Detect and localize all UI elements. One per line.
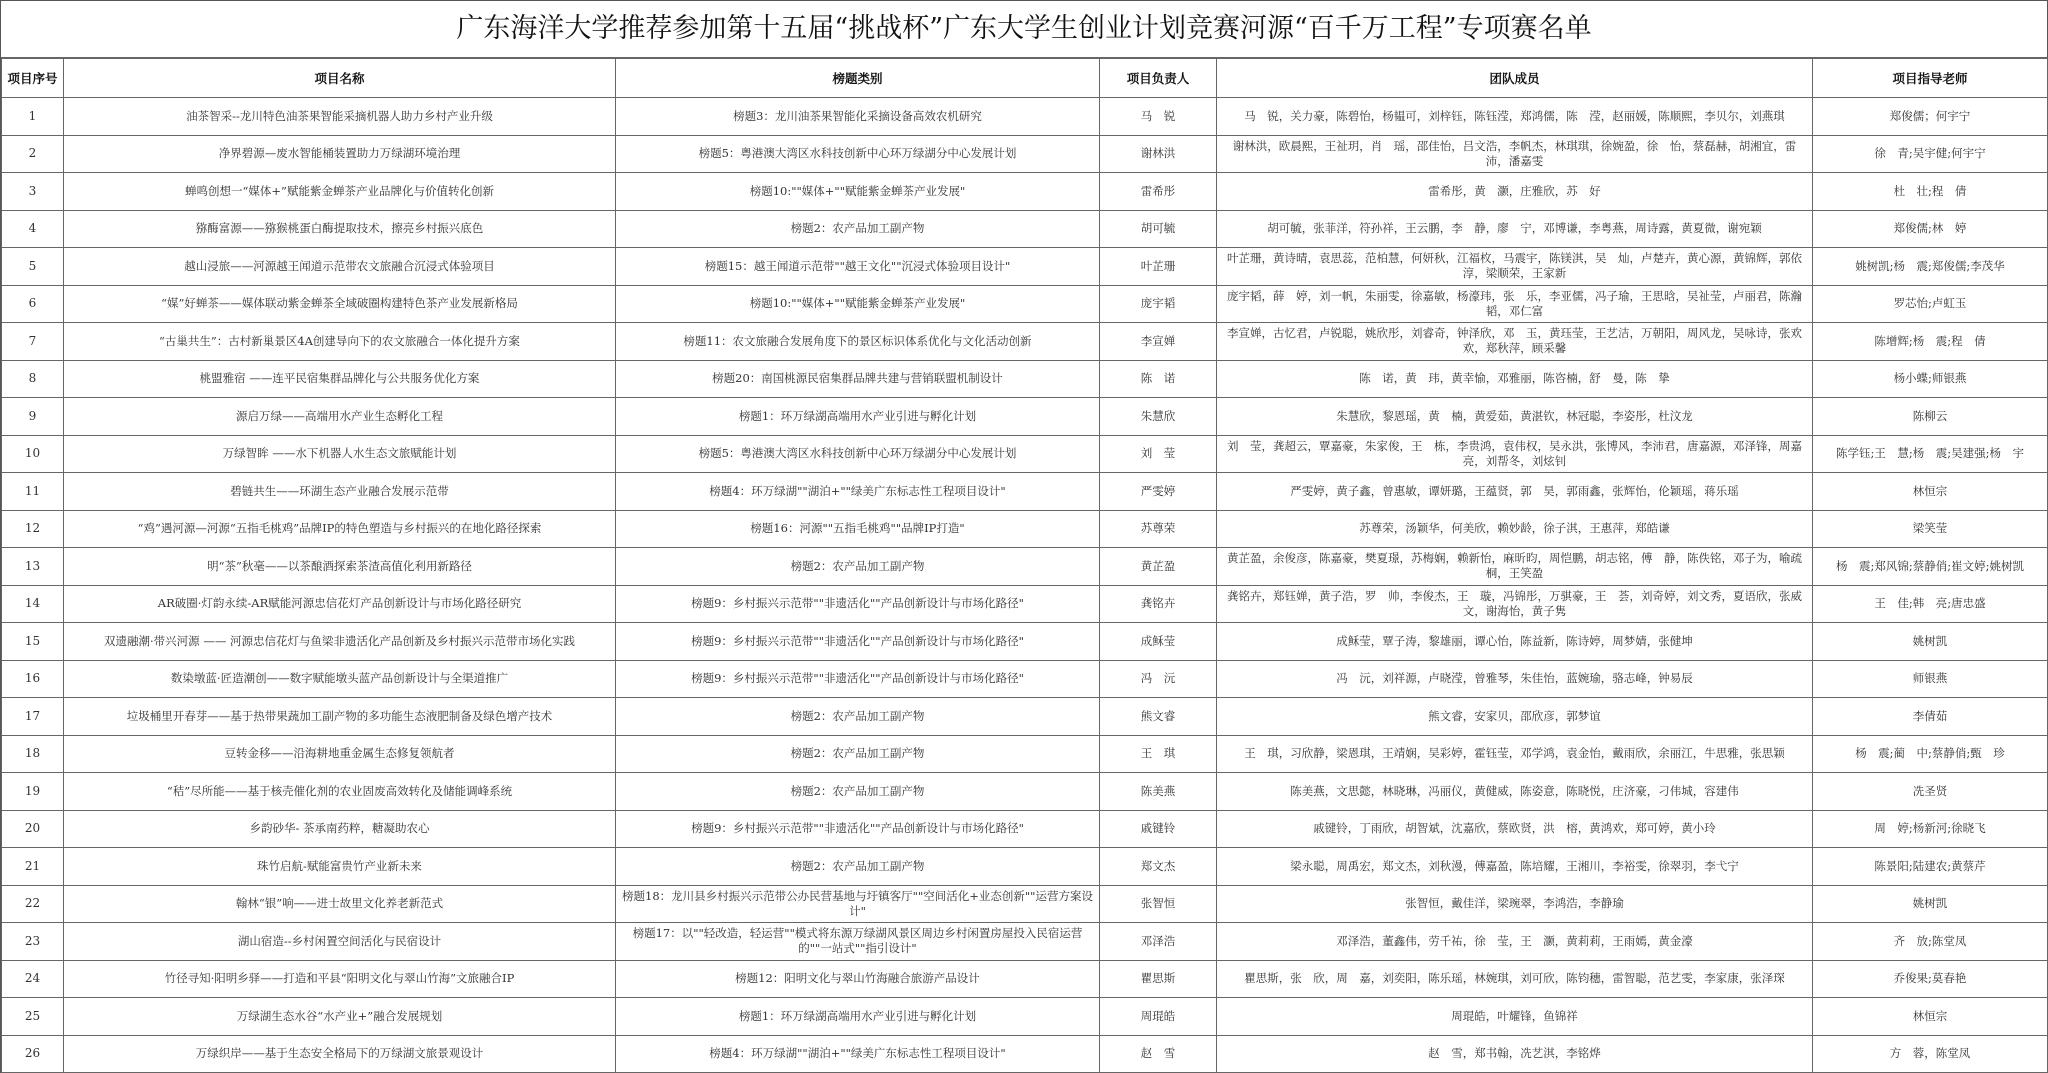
cell-advisors[interactable]: 李倩茹 <box>1813 698 2048 736</box>
cell-index[interactable]: 5 <box>2 248 64 286</box>
cell-project-name[interactable]: 垃圾桶里开春芽——基于热带果蔬加工副产物的多功能生态液肥制备及绿色增产技术 <box>64 698 616 736</box>
cell-members[interactable]: 雷希彤，黄 灏，庄雅欣，苏 好 <box>1217 173 1813 211</box>
cell-leader[interactable]: 苏尊荣 <box>1100 510 1217 548</box>
table-row: 1油茶智采--龙川特色油茶果智能采摘机器人助力乡村产业升级榜题3：龙川油茶果智能… <box>2 98 2048 136</box>
cell-members[interactable]: 叶芷珊，黄诗晴，袁思蕊，范柏慧，何妍秋，江福枚，马震宇，陈镁淇，吴 灿，卢楚卉，… <box>1217 248 1813 286</box>
cell-project-name[interactable]: 万绿湖生态水谷“水产业+”融合发展规划 <box>64 998 616 1036</box>
cell-advisors[interactable]: 冼圣贤 <box>1813 773 2048 811</box>
table-row: 3蝉鸣创想一“媒体+”赋能紫金蝉茶产业品牌化与价值转化创新榜题10:""媒体+"… <box>2 173 2048 211</box>
cell-topic[interactable]: 榜题5：粤港澳大湾区水科技创新中心环万绿湖分中心发展计划 <box>616 135 1100 173</box>
cell-project-name[interactable]: 豆转金移——沿海耕地重金属生态修复领航者 <box>64 735 616 773</box>
cell-advisors[interactable]: 周 婷;杨新河;徐晓飞 <box>1813 810 2048 848</box>
table-row: 8桃盟雅宿 ——连平民宿集群品牌化与公共服务优化方案榜题20：南国桃源民宿集群品… <box>2 360 2048 398</box>
document-title: 广东海洋大学推荐参加第十五届“挑战杯”广东大学生创业计划竞赛河源“百千万工程”专… <box>1 1 2047 58</box>
cell-advisors[interactable]: 陈柳云 <box>1813 398 2048 436</box>
cell-topic[interactable]: 榜题12：阳明文化与翠山竹海融合旅游产品设计 <box>616 960 1100 998</box>
cell-leader[interactable]: 王 琪 <box>1100 735 1217 773</box>
cell-advisors[interactable]: 姚树凯 <box>1813 885 2048 923</box>
cell-index[interactable]: 9 <box>2 398 64 436</box>
cell-index[interactable]: 11 <box>2 473 64 511</box>
cell-members[interactable]: 瞿思斯，张 欣，周 嘉，刘奕阳，陈乐瑶，林婉琪，刘可欣，陈钧穗，雷智聪，范艺雯，… <box>1217 960 1813 998</box>
cell-index[interactable]: 15 <box>2 623 64 661</box>
cell-members[interactable]: 胡可毓，张菲洋，符孙祥，王云鹏，李 静，廖 宁，邓博谦，李粤燕，周诗露，黄夏微，… <box>1217 210 1813 248</box>
cell-project-name[interactable]: 净界碧源—废水智能桶装置助力万绿湖环境治理 <box>64 135 616 173</box>
spreadsheet: 广东海洋大学推荐参加第十五届“挑战杯”广东大学生创业计划竞赛河源“百千万工程”专… <box>0 0 2048 1073</box>
cell-advisors[interactable]: 齐 放;陈堂凤 <box>1813 923 2048 961</box>
cell-advisors[interactable]: 师银燕 <box>1813 660 2048 698</box>
table-row: 18豆转金移——沿海耕地重金属生态修复领航者榜题2：农产品加工副产物王 琪王 琪… <box>2 735 2048 773</box>
cell-topic[interactable]: 榜题4：环万绿湖""湖泊+""绿美广东标志性工程项目设计" <box>616 1035 1100 1073</box>
cell-index[interactable]: 3 <box>2 173 64 211</box>
table-row: 19“秸”尽所能——基于核壳催化剂的农业固废高效转化及储能调峰系统榜题2：农产品… <box>2 773 2048 811</box>
cell-index[interactable]: 12 <box>2 510 64 548</box>
cell-index[interactable]: 24 <box>2 960 64 998</box>
cell-project-name[interactable]: 万绿智眸 ——水下机器人水生态文旅赋能计划 <box>64 435 616 473</box>
cell-project-name[interactable]: 明“茶”秋毫——以茶酿酒探索茶渣高值化利用新路径 <box>64 548 616 586</box>
header-row: 项目序号 项目名称 榜题类别 项目负责人 团队成员 项目指导老师 <box>2 59 2048 98</box>
table-row: 21珠竹启航-赋能富贵竹产业新未来榜题2：农产品加工副产物郑文杰梁永聪，周禹宏，… <box>2 848 2048 886</box>
cell-leader[interactable]: 赵 雪 <box>1100 1035 1217 1073</box>
table-row: 13明“茶”秋毫——以茶酿酒探索茶渣高值化利用新路径榜题2：农产品加工副产物黄芷… <box>2 548 2048 586</box>
cell-project-name[interactable]: 数染墩蓝·匠造潮创——数字赋能墩头蓝产品创新设计与全渠道推广 <box>64 660 616 698</box>
cell-leader[interactable]: 雷希彤 <box>1100 173 1217 211</box>
table-row: 16数染墩蓝·匠造潮创——数字赋能墩头蓝产品创新设计与全渠道推广榜题9：乡村振兴… <box>2 660 2048 698</box>
cell-index[interactable]: 19 <box>2 773 64 811</box>
cell-advisors[interactable]: 杨 震;蔺 中;蔡静俏;甄 珍 <box>1813 735 2048 773</box>
cell-project-name[interactable]: 油茶智采--龙川特色油茶果智能采摘机器人助力乡村产业升级 <box>64 98 616 136</box>
cell-advisors[interactable]: 杨小蝶;师银燕 <box>1813 360 2048 398</box>
cell-index[interactable]: 10 <box>2 435 64 473</box>
cell-leader[interactable]: 成稣莹 <box>1100 623 1217 661</box>
cell-advisors[interactable]: 陈景阳;陆建农;黄蔡芹 <box>1813 848 2048 886</box>
cell-index[interactable]: 8 <box>2 360 64 398</box>
cell-topic[interactable]: 榜题10:""媒体+""赋能紫金蝉茶产业发展" <box>616 173 1100 211</box>
header-leader[interactable]: 项目负责人 <box>1100 59 1217 98</box>
cell-leader[interactable]: 周琨皓 <box>1100 998 1217 1036</box>
table-body: 1油茶智采--龙川特色油茶果智能采摘机器人助力乡村产业升级榜题3：龙川油茶果智能… <box>2 98 2048 1073</box>
cell-index[interactable]: 13 <box>2 548 64 586</box>
cell-index[interactable]: 17 <box>2 698 64 736</box>
cell-advisors[interactable]: 罗芯怡;卢虹玉 <box>1813 285 2048 323</box>
cell-advisors[interactable]: 陈增辉;杨 震;程 倩 <box>1813 323 2048 361</box>
cell-topic[interactable]: 榜题11：农文旅融合发展角度下的景区标识体系优化与文化活动创新 <box>616 323 1100 361</box>
cell-topic[interactable]: 榜题1：环万绿湖高端用水产业引进与孵化计划 <box>616 998 1100 1036</box>
cell-topic[interactable]: 榜题9：乡村振兴示范带""非遗活化""产品创新设计与市场化路径" <box>616 660 1100 698</box>
cell-leader[interactable]: 冯 沅 <box>1100 660 1217 698</box>
cell-leader[interactable]: 谢林洪 <box>1100 135 1217 173</box>
cell-leader[interactable]: 龚铭卉 <box>1100 585 1217 623</box>
table-row: 9源启万绿——高端用水产业生态孵化工程榜题1：环万绿湖高端用水产业引进与孵化计划… <box>2 398 2048 436</box>
cell-members[interactable]: 朱慧欣，黎恩瑶，黄 楠，黄爱茹，黄湛钦，林冠聪，李姿彤，杜汶龙 <box>1217 398 1813 436</box>
cell-project-name[interactable]: 桃盟雅宿 ——连平民宿集群品牌化与公共服务优化方案 <box>64 360 616 398</box>
table-row: 25万绿湖生态水谷“水产业+”融合发展规划榜题1：环万绿湖高端用水产业引进与孵化… <box>2 998 2048 1036</box>
cell-advisors[interactable]: 林恒宗 <box>1813 998 2048 1036</box>
cell-members[interactable]: 庞宇韬，薛 婷，刘一帆，朱丽雯，徐嘉敏，杨濠玮，张 乐，李亚儒，冯子瑜，王思晗，… <box>1217 285 1813 323</box>
table-row: 17垃圾桶里开春芽——基于热带果蔬加工副产物的多功能生态液肥制备及绿色增产技术榜… <box>2 698 2048 736</box>
cell-members[interactable]: 周琨皓，叶耀锋，鱼锦祥 <box>1217 998 1813 1036</box>
cell-members[interactable]: 熊文睿，安家贝，邵欣彦，郭梦谊 <box>1217 698 1813 736</box>
cell-topic[interactable]: 榜题3：龙川油茶果智能化采摘设备高效农机研究 <box>616 98 1100 136</box>
table-row: 20乡韵砂华- 茶承南药粹，糖凝助农心榜题9：乡村振兴示范带""非遗活化""产品… <box>2 810 2048 848</box>
cell-topic[interactable]: 榜题2：农产品加工副产物 <box>616 548 1100 586</box>
header-topic[interactable]: 榜题类别 <box>616 59 1100 98</box>
cell-members[interactable]: 刘 莹，龚超云，覃嘉豪，朱家俊，王 栋，李贵鸿，袁伟权，吴永洪，张博风，李沛君，… <box>1217 435 1813 473</box>
cell-leader[interactable]: 李宣婵 <box>1100 323 1217 361</box>
cell-leader[interactable]: 戚键铃 <box>1100 810 1217 848</box>
cell-project-name[interactable]: 蝉鸣创想一“媒体+”赋能紫金蝉茶产业品牌化与价值转化创新 <box>64 173 616 211</box>
cell-index[interactable]: 20 <box>2 810 64 848</box>
cell-project-name[interactable]: “媒”好蝉茶——媒体联动紫金蝉茶全域破圈构建特色茶产业发展新格局 <box>64 285 616 323</box>
cell-advisors[interactable]: 梁笑莹 <box>1813 510 2048 548</box>
cell-topic[interactable]: 榜题16：河源""五指毛桃鸡""品牌IP打造" <box>616 510 1100 548</box>
cell-index[interactable]: 2 <box>2 135 64 173</box>
cell-topic[interactable]: 榜题9：乡村振兴示范带""非遗活化""产品创新设计与市场化路径" <box>616 810 1100 848</box>
cell-topic[interactable]: 榜题20：南国桃源民宿集群品牌共建与营销联盟机制设计 <box>616 360 1100 398</box>
cell-index[interactable]: 18 <box>2 735 64 773</box>
cell-project-name[interactable]: “古巢共生”：古村新巢景区4A创建导向下的农文旅融合一体化提升方案 <box>64 323 616 361</box>
cell-leader[interactable]: 瞿思斯 <box>1100 960 1217 998</box>
cell-project-name[interactable]: 猕酶富源——猕猴桃蛋白酶提取技术，擦亮乡村振兴底色 <box>64 210 616 248</box>
table-row: 6“媒”好蝉茶——媒体联动紫金蝉茶全域破圈构建特色茶产业发展新格局榜题10:""… <box>2 285 2048 323</box>
cell-leader[interactable]: 邓泽浩 <box>1100 923 1217 961</box>
cell-project-name[interactable]: 万绿织岸——基于生态安全格局下的万绿湖文旅景观设计 <box>64 1035 616 1073</box>
cell-project-name[interactable]: “鸡”遇河源—河源“五指毛桃鸡”品牌IP的特色塑造与乡村振兴的在地化路径探索 <box>64 510 616 548</box>
table-row: 22翰林“银”响——进士故里文化养老新范式榜题18：龙川县乡村振兴示范带公办民营… <box>2 885 2048 923</box>
table-row: 15双遗融潮·带兴河源 —— 河源忠信花灯与鱼梁非遗活化产品创新及乡村振兴示范带… <box>2 623 2048 661</box>
cell-members[interactable]: 张智恒，戴佳洋，梁琬翠，李鸿浩，李静瑜 <box>1217 885 1813 923</box>
cell-topic[interactable]: 榜题10:""媒体+""赋能紫金蝉茶产业发展" <box>616 285 1100 323</box>
cell-members[interactable]: 黄芷盈，余俊彦，陈嘉豪，樊夏璟，苏梅娴，赖新怡，麻昕昀，周恺鹏，胡志铭，傅 静，… <box>1217 548 1813 586</box>
header-members[interactable]: 团队成员 <box>1217 59 1813 98</box>
cell-members[interactable]: 谢林洪，欧晨熙，王祉玥，肖 瑶，邵佳怡，吕文浩，李帆杰，林琪琪，徐婉盈，徐 怡，… <box>1217 135 1813 173</box>
table-row: 14AR破圈·灯韵永续-AR赋能河源忠信花灯产品创新设计与市场化路径研究榜题9：… <box>2 585 2048 623</box>
cell-project-name[interactable]: 乡韵砂华- 茶承南药粹，糖凝助农心 <box>64 810 616 848</box>
table-row: 4猕酶富源——猕猴桃蛋白酶提取技术，擦亮乡村振兴底色榜题2：农产品加工副产物胡可… <box>2 210 2048 248</box>
table-row: 2净界碧源—废水智能桶装置助力万绿湖环境治理榜题5：粤港澳大湾区水科技创新中心环… <box>2 135 2048 173</box>
cell-project-name[interactable]: 珠竹启航-赋能富贵竹产业新未来 <box>64 848 616 886</box>
cell-leader[interactable]: 马 锐 <box>1100 98 1217 136</box>
cell-advisors[interactable]: 王 佳;韩 亮;唐忠盛 <box>1813 585 2048 623</box>
cell-leader[interactable]: 刘 莹 <box>1100 435 1217 473</box>
cell-members[interactable]: 李宣婵，古忆君，卢锐聪，姚欣彤，刘睿奇，钟泽欣，邓 玉，黄珏莹，王艺洁，万朝阳，… <box>1217 323 1813 361</box>
cell-topic[interactable]: 榜题1：环万绿湖高端用水产业引进与孵化计划 <box>616 398 1100 436</box>
cell-leader[interactable]: 严雯婷 <box>1100 473 1217 511</box>
cell-project-name[interactable]: 越山浸旅——河源越王闻道示范带农文旅融合沉浸式体验项目 <box>64 248 616 286</box>
project-table: 项目序号 项目名称 榜题类别 项目负责人 团队成员 项目指导老师 1油茶智采--… <box>1 58 2048 1073</box>
cell-members[interactable]: 苏尊荣，汤颖华，何美欣，赖妙龄，徐子淇，王惠萍，郑皓谦 <box>1217 510 1813 548</box>
table-row: 11碧链共生——环湖生态产业融合发展示范带榜题4：环万绿湖""湖泊+""绿美广东… <box>2 473 2048 511</box>
cell-leader[interactable]: 陈美燕 <box>1100 773 1217 811</box>
cell-members[interactable]: 冯 沅，刘祥源，卢晓滢，曾雅琴，朱佳怡，蓝婉瑜，骆志峰，钟易辰 <box>1217 660 1813 698</box>
cell-index[interactable]: 4 <box>2 210 64 248</box>
table-row: 26万绿织岸——基于生态安全格局下的万绿湖文旅景观设计榜题4：环万绿湖""湖泊+… <box>2 1035 2048 1073</box>
table-row: 5越山浸旅——河源越王闻道示范带农文旅融合沉浸式体验项目榜题15：越王闻道示范带… <box>2 248 2048 286</box>
cell-advisors[interactable]: 姚树凯 <box>1813 623 2048 661</box>
header-advisors[interactable]: 项目指导老师 <box>1813 59 2048 98</box>
cell-leader[interactable]: 郑文杰 <box>1100 848 1217 886</box>
cell-topic[interactable]: 榜题5：粤港澳大湾区水科技创新中心环万绿湖分中心发展计划 <box>616 435 1100 473</box>
cell-leader[interactable]: 胡可毓 <box>1100 210 1217 248</box>
header-index[interactable]: 项目序号 <box>2 59 64 98</box>
cell-leader[interactable]: 黄芷盈 <box>1100 548 1217 586</box>
cell-index[interactable]: 21 <box>2 848 64 886</box>
cell-project-name[interactable]: 源启万绿——高端用水产业生态孵化工程 <box>64 398 616 436</box>
cell-project-name[interactable]: AR破圈·灯韵永续-AR赋能河源忠信花灯产品创新设计与市场化路径研究 <box>64 585 616 623</box>
cell-members[interactable]: 陈美燕，文思懿，林晓琳，冯丽仪，黄健威，陈姿意，陈晓悦，庄济豪，刁伟城，容建伟 <box>1217 773 1813 811</box>
cell-index[interactable]: 6 <box>2 285 64 323</box>
cell-advisors[interactable]: 郑俊儒；何宇宁 <box>1813 98 2048 136</box>
cell-project-name[interactable]: “秸”尽所能——基于核壳催化剂的农业固废高效转化及储能调峰系统 <box>64 773 616 811</box>
cell-advisors[interactable]: 林恒宗 <box>1813 473 2048 511</box>
cell-leader[interactable]: 熊文睿 <box>1100 698 1217 736</box>
cell-advisors[interactable]: 方 蓉，陈堂凤 <box>1813 1035 2048 1073</box>
cell-members[interactable]: 戚键铃，丁雨欣，胡智斌，沈嘉欣，蔡欧贤，洪 榕，黄鸿欢，郑可婷，黄小玲 <box>1217 810 1813 848</box>
cell-members[interactable]: 梁永聪，周禹宏，郑文杰，刘秋漫，傅嘉盈，陈培耀，王湘川，李裕雯，徐翠羽，李弋宁 <box>1217 848 1813 886</box>
cell-topic[interactable]: 榜题15：越王闻道示范带""越王文化""沉浸式体验项目设计" <box>616 248 1100 286</box>
cell-members[interactable]: 严雯婷，黄子鑫，曾惠敏，谭妍璐，王蕴贤，郭 昊，郭雨鑫，张辉怡，伦颖瑶，蒋乐瑶 <box>1217 473 1813 511</box>
cell-leader[interactable]: 叶芷珊 <box>1100 248 1217 286</box>
cell-leader[interactable]: 张智恒 <box>1100 885 1217 923</box>
table-row: 23湖山宿造--乡村闲置空间活化与民宿设计榜题17：以""轻改造，轻运营""模式… <box>2 923 2048 961</box>
header-project-name[interactable]: 项目名称 <box>64 59 616 98</box>
cell-project-name[interactable]: 竹径寻知·阳明乡驿——打造和平县“阳明文化与翠山竹海”文旅融合IP <box>64 960 616 998</box>
cell-project-name[interactable]: 湖山宿造--乡村闲置空间活化与民宿设计 <box>64 923 616 961</box>
cell-advisors[interactable]: 郑俊儒;林 婷 <box>1813 210 2048 248</box>
cell-topic[interactable]: 榜题2：农产品加工副产物 <box>616 773 1100 811</box>
cell-topic[interactable]: 榜题2：农产品加工副产物 <box>616 848 1100 886</box>
cell-advisors[interactable]: 杨 震;郑风锦;蔡静俏;崔文婷;姚树凯 <box>1813 548 2048 586</box>
cell-members[interactable]: 龚铭卉，郑钰婵，黄子浩，罗 帅，李俊杰，王 璇，冯锦彤，万骐豪，王 荟，刘奇婷，… <box>1217 585 1813 623</box>
cell-topic[interactable]: 榜题18：龙川县乡村振兴示范带公办民营基地与圩镇客厅""空间活化+业态创新""运… <box>616 885 1100 923</box>
cell-project-name[interactable]: 碧链共生——环湖生态产业融合发展示范带 <box>64 473 616 511</box>
cell-index[interactable]: 23 <box>2 923 64 961</box>
cell-topic[interactable]: 榜题2：农产品加工副产物 <box>616 735 1100 773</box>
cell-advisors[interactable]: 姚树凯;杨 震;郑俊儒;李茂华 <box>1813 248 2048 286</box>
cell-index[interactable]: 26 <box>2 1035 64 1073</box>
cell-topic[interactable]: 榜题4：环万绿湖""湖泊+""绿美广东标志性工程项目设计" <box>616 473 1100 511</box>
cell-topic[interactable]: 榜题9：乡村振兴示范带""非遗活化""产品创新设计与市场化路径" <box>616 585 1100 623</box>
cell-members[interactable]: 马 锐，关力豪，陈碧怡，杨韫可，刘梓钰，陈钰滢，郑鸿儒，陈 滢，赵丽媛，陈顺熙，… <box>1217 98 1813 136</box>
cell-advisors[interactable]: 杜 壮;程 倩 <box>1813 173 2048 211</box>
cell-advisors[interactable]: 陈学钰;王 慧;杨 震;吴建强;杨 宇 <box>1813 435 2048 473</box>
cell-members[interactable]: 陈 诺，黄 玮，黄幸愉，邓雅丽，陈咨楠，舒 曼，陈 挚 <box>1217 360 1813 398</box>
cell-index[interactable]: 16 <box>2 660 64 698</box>
table-row: 24竹径寻知·阳明乡驿——打造和平县“阳明文化与翠山竹海”文旅融合IP榜题12：… <box>2 960 2048 998</box>
cell-project-name[interactable]: 翰林“银”响——进士故里文化养老新范式 <box>64 885 616 923</box>
cell-index[interactable]: 14 <box>2 585 64 623</box>
table-row: 7“古巢共生”：古村新巢景区4A创建导向下的农文旅融合一体化提升方案榜题11：农… <box>2 323 2048 361</box>
cell-members[interactable]: 邓泽浩，董鑫伟，劳千祐，徐 莹，王 灏，黄莉莉，王雨嫣，黄金濠 <box>1217 923 1813 961</box>
cell-members[interactable]: 王 琪，习欣静，梁恩琪，王靖娴，吴彩婷，霍钰莹，邓学鸿，袁金怡，戴雨欣，余丽江，… <box>1217 735 1813 773</box>
table-row: 10万绿智眸 ——水下机器人水生态文旅赋能计划榜题5：粤港澳大湾区水科技创新中心… <box>2 435 2048 473</box>
table-row: 12“鸡”遇河源—河源“五指毛桃鸡”品牌IP的特色塑造与乡村振兴的在地化路径探索… <box>2 510 2048 548</box>
cell-index[interactable]: 7 <box>2 323 64 361</box>
cell-leader[interactable]: 陈 诺 <box>1100 360 1217 398</box>
cell-topic[interactable]: 榜题17：以""轻改造，轻运营""模式将东源万绿湖风景区周边乡村闲置房屋投入民宿… <box>616 923 1100 961</box>
cell-members[interactable]: 赵 雪，郑书翰，冼艺淇，李铭烨 <box>1217 1035 1813 1073</box>
cell-project-name[interactable]: 双遗融潮·带兴河源 —— 河源忠信花灯与鱼梁非遗活化产品创新及乡村振兴示范带市场… <box>64 623 616 661</box>
cell-leader[interactable]: 庞宇韬 <box>1100 285 1217 323</box>
cell-members[interactable]: 成稣莹，覃子涛，黎雄丽，谭心怡，陈益新，陈诗婷，周梦婧，张健坤 <box>1217 623 1813 661</box>
cell-leader[interactable]: 朱慧欣 <box>1100 398 1217 436</box>
cell-topic[interactable]: 榜题2：农产品加工副产物 <box>616 698 1100 736</box>
cell-topic[interactable]: 榜题2：农产品加工副产物 <box>616 210 1100 248</box>
cell-topic[interactable]: 榜题9：乡村振兴示范带""非遗活化""产品创新设计与市场化路径" <box>616 623 1100 661</box>
cell-index[interactable]: 1 <box>2 98 64 136</box>
cell-advisors[interactable]: 徐 青;吴宇健;何宇宁 <box>1813 135 2048 173</box>
cell-advisors[interactable]: 乔俊果;莫春艳 <box>1813 960 2048 998</box>
cell-index[interactable]: 22 <box>2 885 64 923</box>
cell-index[interactable]: 25 <box>2 998 64 1036</box>
